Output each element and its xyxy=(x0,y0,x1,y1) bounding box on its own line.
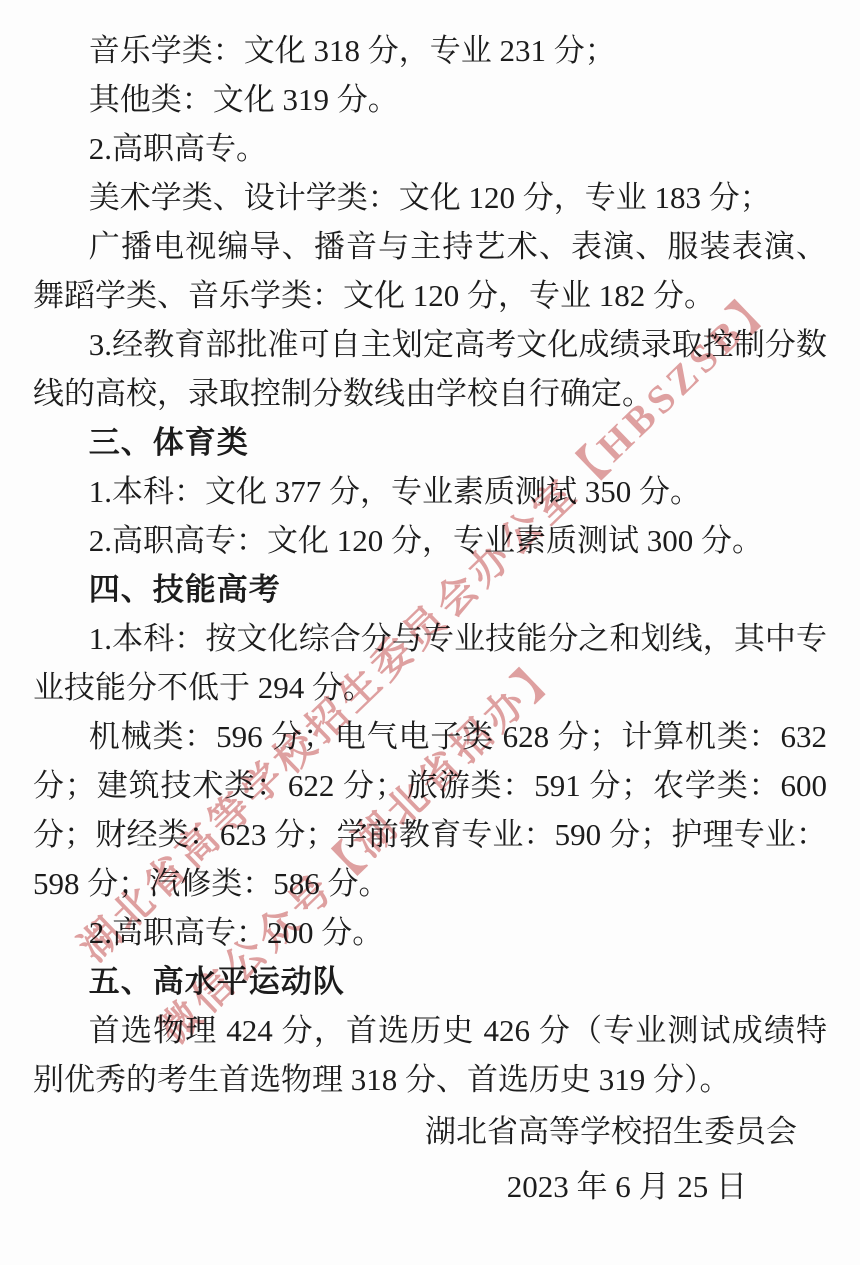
signature: 湖北省高等学校招生委员会 xyxy=(33,1104,827,1159)
section-heading: 三、体育类 xyxy=(33,418,827,467)
section-heading: 五、高水平运动队 xyxy=(33,957,827,1006)
paragraph: 广播电视编导、播音与主持艺术、表演、服装表演、舞蹈学类、音乐学类：文化 120 … xyxy=(33,222,827,320)
paragraph: 首选物理 424 分，首选历史 426 分（专业测试成绩特别优秀的考生首选物理 … xyxy=(33,1006,827,1104)
paragraph-list: 音乐学类：文化 318 分，专业 231 分；其他类：文化 319 分。2.高职… xyxy=(33,26,827,1104)
section-heading: 四、技能高考 xyxy=(33,565,827,614)
signature-date: 2023 年 6 月 25 日 xyxy=(33,1159,827,1214)
document-page: 湖北省高等学校招生委员会办公室【HBSZSB】 微信公众号【湖北省招办】 音乐学… xyxy=(0,0,860,1265)
paragraph: 1.本科：按文化综合分与专业技能分之和划线，其中专业技能分不低于 294 分。 xyxy=(33,614,827,712)
paragraph: 机械类：596 分；电气电子类 628 分；计算机类：632 分；建筑技术类：6… xyxy=(33,712,827,908)
document-body: 音乐学类：文化 318 分，专业 231 分；其他类：文化 319 分。2.高职… xyxy=(33,26,827,1214)
paragraph: 美术学类、设计学类：文化 120 分，专业 183 分； xyxy=(33,173,827,222)
paragraph: 音乐学类：文化 318 分，专业 231 分； xyxy=(33,26,827,75)
paragraph: 2.高职高专：200 分。 xyxy=(33,908,827,957)
paragraph: 3.经教育部批准可自主划定高考文化成绩录取控制分数线的高校，录取控制分数线由学校… xyxy=(33,320,827,418)
paragraph: 其他类：文化 319 分。 xyxy=(33,75,827,124)
paragraph: 2.高职高专。 xyxy=(33,124,827,173)
paragraph: 1.本科：文化 377 分，专业素质测试 350 分。 xyxy=(33,467,827,516)
paragraph: 2.高职高专：文化 120 分，专业素质测试 300 分。 xyxy=(33,516,827,565)
